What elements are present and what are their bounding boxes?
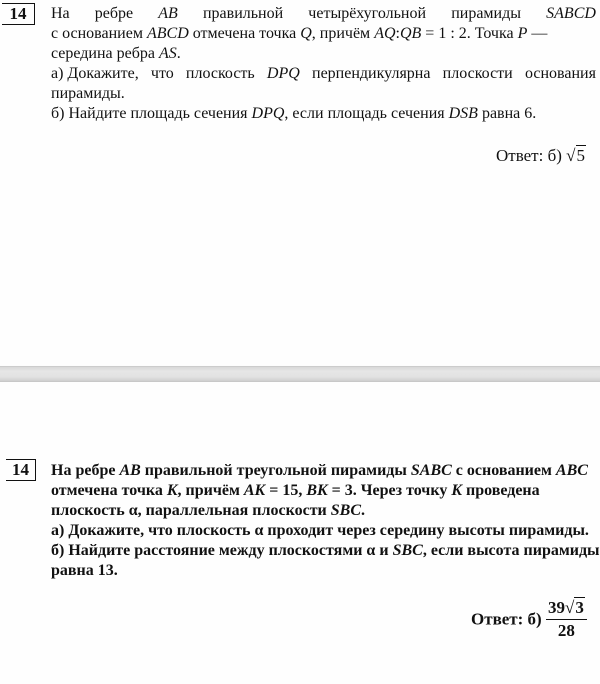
problem-2-line-3: плоскость α, параллельная плоскости SBC.: [51, 501, 600, 521]
problem-1-text: На ребре AB правильной четырёхугольной п…: [51, 4, 600, 124]
sqrt-answer: √5: [566, 146, 586, 166]
fraction-answer: 39√3 28: [546, 597, 587, 642]
problem-1-line-2: с основанием ABCD отмечена точка Q, прич…: [51, 24, 600, 44]
page-separator: [0, 366, 600, 382]
problem-2-part-b: б) Найдите расстояние между плоскостями …: [51, 541, 600, 561]
problem-2-line-2: отмечена точка K, причём AK = 15, BK = 3…: [51, 481, 600, 501]
problem-2-line-1: На ребре AB правильной треугольной пирам…: [51, 461, 600, 481]
problem-1-line-3: середина ребра AS.: [51, 44, 600, 64]
problem-2-answer: Ответ: б) 39√3 28: [471, 597, 587, 642]
document-page-2: 14 На ребре AB правильной треугольной пи…: [0, 382, 600, 684]
problem-number-box: 14: [2, 3, 35, 25]
problem-2-line-6: равна 13.: [51, 561, 600, 581]
problem-number-box: 14: [6, 459, 36, 481]
problem-1-line-5: пирамиды.: [51, 84, 600, 104]
answer-label: Ответ: б): [496, 146, 562, 165]
answer-label: Ответ: б): [471, 610, 542, 629]
problem-1-part-b: б) Найдите площадь сечения DPQ, если пло…: [51, 104, 600, 124]
problem-1-part-a: а) Докажите, что плоскость DPQ перпендик…: [51, 64, 596, 84]
document-page-1: 14 На ребре AB правильной четырёхугольно…: [0, 0, 600, 365]
problem-1-line-1: На ребре AB правильной четырёхугольной п…: [51, 4, 596, 24]
problem-1-answer: Ответ: б) √5: [496, 146, 586, 166]
problem-2-part-a: а) Докажите, что плоскость α проходит че…: [51, 521, 600, 541]
problem-2-text: На ребре AB правильной треугольной пирам…: [51, 461, 600, 581]
